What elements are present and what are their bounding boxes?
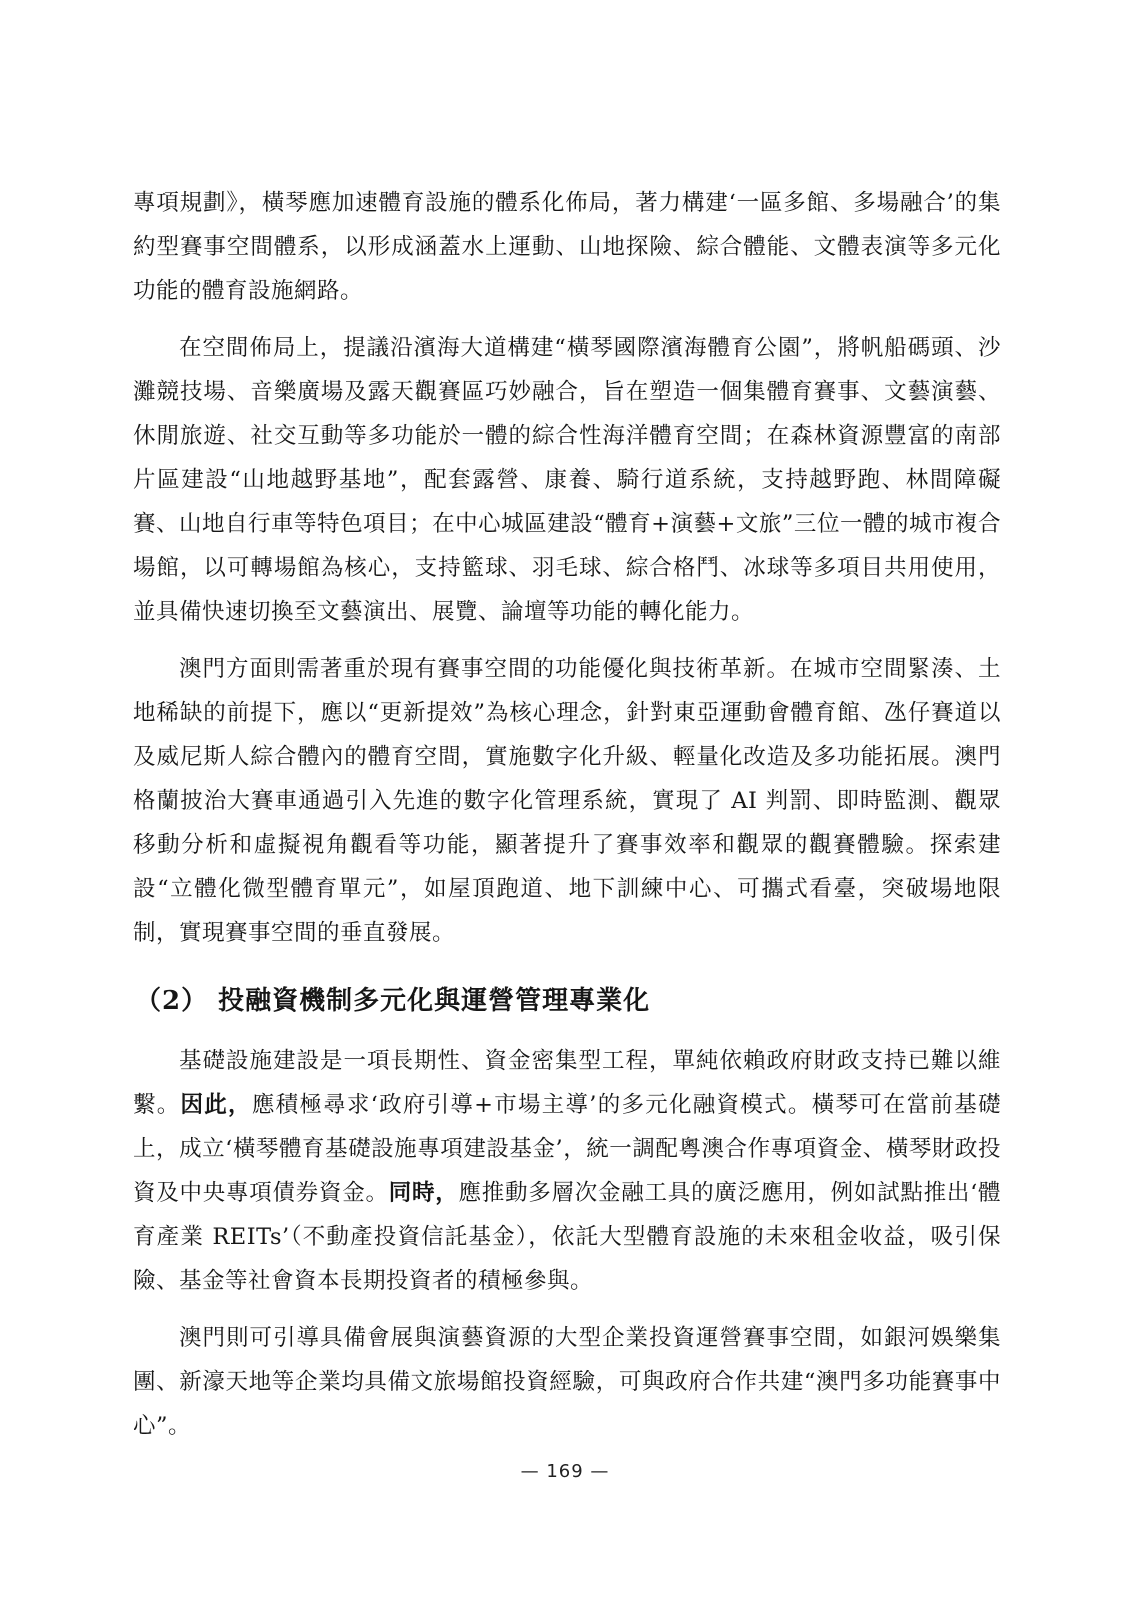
paragraph-4-bold-2: 同時，	[389, 1180, 459, 1206]
paragraph-5: 澳門則可引導具備會展與演藝資源的大型企業投資運營賽事空間，如銀河娛樂集團、新濠天…	[133, 1316, 1001, 1448]
paragraph-4: 基礎設施建設是一項長期性、資金密集型工程，單純依賴政府財政支持已難以維繫。因此，…	[133, 1039, 1001, 1303]
section-heading: （2） 投融資機制多元化與運營管理專業化	[135, 981, 1001, 1021]
paragraph-3: 澳門方面則需著重於現有賽事空間的功能優化與技術革新。在城市空間緊湊、土地稀缺的前…	[133, 647, 1001, 955]
paragraph-2: 在空間佈局上，提議沿濱海大道構建“橫琴國際濱海體育公園”，將帆船碼頭、沙灘競技場…	[133, 326, 1001, 634]
page-number: — 169 —	[0, 1461, 1130, 1482]
paragraph-4-bold-1: 因此，	[181, 1092, 252, 1118]
paragraph-1: 專項規劃》，橫琴應加速體育設施的體系化佈局，著力構建‘一區多館、多場融合’的集約…	[133, 181, 1001, 313]
page-body: 專項規劃》，橫琴應加速體育設施的體系化佈局，著力構建‘一區多館、多場融合’的集約…	[133, 181, 1001, 1461]
document-page: 專項規劃》，橫琴應加速體育設施的體系化佈局，著力構建‘一區多館、多場融合’的集約…	[0, 0, 1130, 1600]
